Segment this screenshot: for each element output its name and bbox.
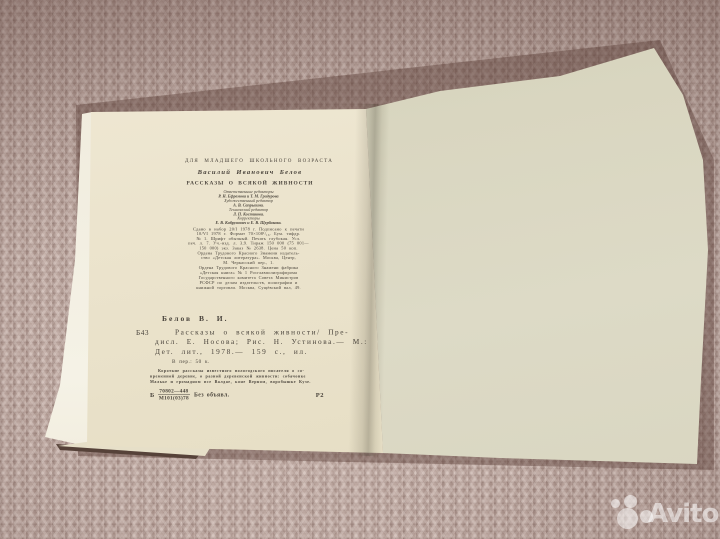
catalog-index: Б43 xyxy=(136,329,149,338)
annotation-line: Мальке и громадном псе Валдае, коне Верн… xyxy=(150,379,326,385)
formula-denominator: М101(03)78 xyxy=(158,395,190,402)
book-title-caps: РАССКАЗЫ О ВСЯКОЙ ЖИВНОСТИ xyxy=(185,180,315,186)
editors-credit-line: Е. В. Кабрунович и Е. В. Щербакова. xyxy=(187,221,310,225)
print-specs-line: 150 000) экз. Заказ № 2638. Цена 50 коп. xyxy=(187,245,310,250)
formula-prefix: Б xyxy=(150,391,154,399)
formula-numerator: 70802—448 xyxy=(158,388,190,395)
age-category-line: ДЛЯ МЛАДШЕГО ШКОЛЬНОГО ВОЗРАСТА xyxy=(185,158,315,164)
publisher-address-block: Ордена Трудового Красного Знамени издате… xyxy=(187,251,310,265)
editors-credits-block: Ответственные редакторы Р. Н. Ефремова и… xyxy=(187,190,310,226)
annotation-line: Короткие рассказы известного вологодског… xyxy=(150,368,326,374)
printing-house-block: Ордена Трудового Красного Знамени фабрик… xyxy=(187,265,310,290)
formula-note: Без объявл. xyxy=(194,392,230,399)
formula-category: Р2 xyxy=(316,391,324,399)
catalog-entry-line: Рассказы о всякой живности/ Пре- xyxy=(155,328,360,338)
publisher-line: М. Черкасский пер., 1. xyxy=(187,260,310,265)
formula-fraction: 70802—448 М101(03)78 xyxy=(158,388,190,402)
annotation-line: временной деревне, о разной деревенской … xyxy=(150,373,326,379)
price-binding-line: В пер.: 50 к. xyxy=(172,359,210,365)
catalog-entry-block: Рассказы о всякой живности/ Пре- дисл. Е… xyxy=(155,328,360,357)
catalog-author: Белов В. И. xyxy=(162,315,228,324)
catalog-entry-line: дисл. Е. Носова; Рис. Н. Устинова.— М.: xyxy=(155,337,360,347)
print-specs-block: Сдано в набор 20/I 1978 г. Подписано к п… xyxy=(187,227,310,251)
printing-house-line: книжной торговли. Москва, Сущёвский вал,… xyxy=(187,285,310,290)
catalog-entry-line: Дет. лит., 1978.— 159 с., ил. xyxy=(155,347,360,357)
book-author-name: Василий Иванович Белов xyxy=(185,168,315,176)
catalog-formula: Б 70802—448 М101(03)78 Без объявл. Р2 xyxy=(150,388,324,402)
book-photo-scene: ДЛЯ МЛАДШЕГО ШКОЛЬНОГО ВОЗРАСТА Василий … xyxy=(0,0,720,539)
annotation-block: Короткие рассказы известного вологодског… xyxy=(150,368,326,385)
